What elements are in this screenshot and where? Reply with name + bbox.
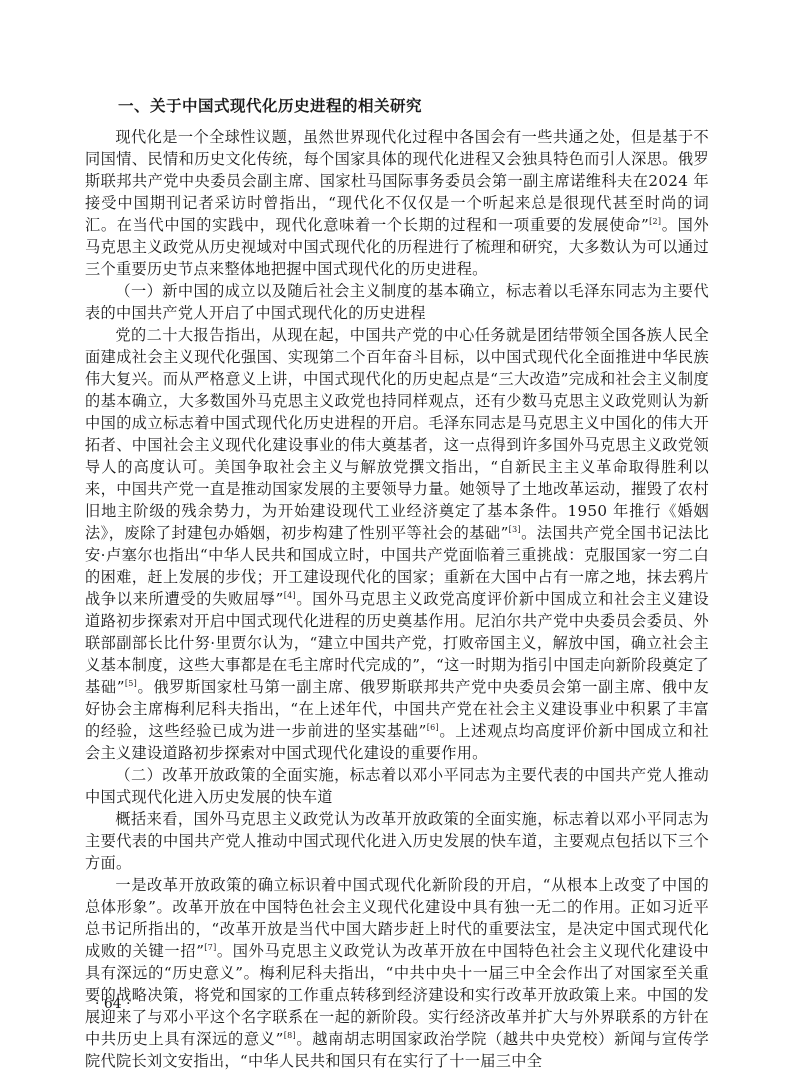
citation-7: [7] xyxy=(204,943,216,952)
section-heading: 一、关于中国式现代化历史进程的相关研究 xyxy=(85,95,709,117)
document-page: 一、关于中国式现代化历史进程的相关研究 现代化是一个全球性议题，虽然世界现代化过… xyxy=(85,95,709,1072)
paragraph-text: 现代化是一个全球性议题，虽然世界现代化过程中各国会有一些共通之处，但是基于不同国… xyxy=(85,128,709,234)
citation-2: [2] xyxy=(649,217,661,226)
citation-5: [5] xyxy=(125,679,137,688)
citation-8: [8] xyxy=(284,1031,296,1040)
subsection-heading-2: （二）改革开放政策的全面实施，标志着以邓小平同志为主要代表的中国共产党人推动中国… xyxy=(85,764,709,808)
citation-4: [4] xyxy=(284,591,296,600)
subsection-heading-1: （一）新中国的成立以及随后社会主义制度的基本确立，标志着以毛泽东同志为主要代表的… xyxy=(85,280,709,324)
paragraph-summary: 概括来看，国外马克思主义政党认为改革开放政策的全面实施，标志着以邓小平同志为主要… xyxy=(85,808,709,874)
paragraph-text: 党的二十大报告指出，从现在起，中国共产党的中心任务就是团结带领全国各族人民全面建… xyxy=(85,326,709,542)
citation-6: [6] xyxy=(427,723,439,732)
paragraph-intro: 现代化是一个全球性议题，虽然世界现代化过程中各国会有一些共通之处，但是基于不同国… xyxy=(85,126,709,280)
paragraph-mao-era: 党的二十大报告指出，从现在起，中国共产党的中心任务就是团结带领全国各族人民全面建… xyxy=(85,324,709,764)
paragraph-reform: 一是改革开放政策的确立标识着中国式现代化新阶段的开启，“从根本上改变了中国的总体… xyxy=(85,874,709,1072)
citation-3: [3] xyxy=(509,525,521,534)
page-number: · 64 · xyxy=(95,996,131,1012)
